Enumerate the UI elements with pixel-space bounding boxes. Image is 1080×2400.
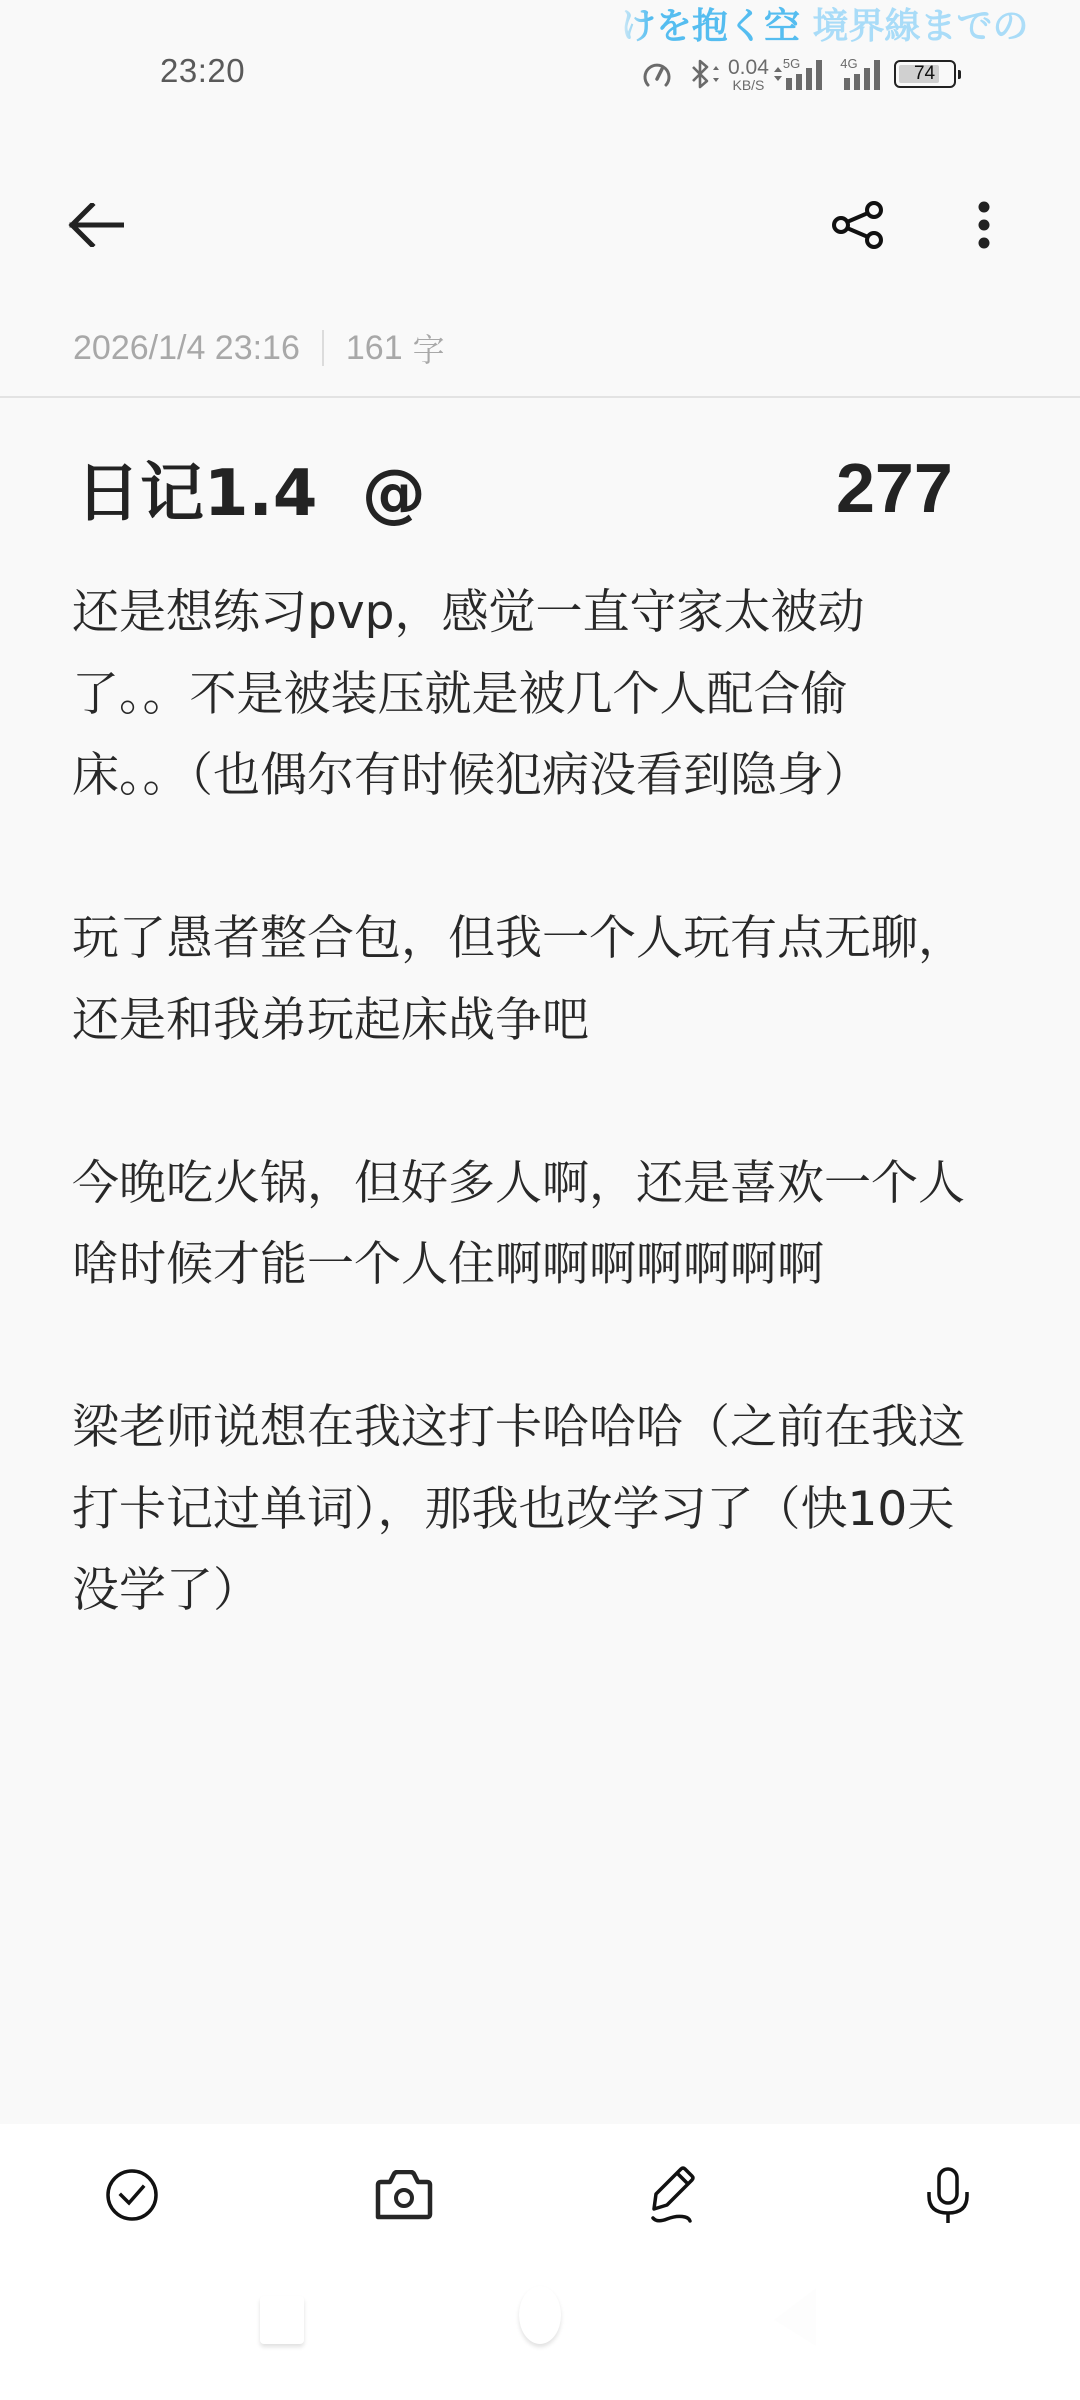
data-arrows-icon — [773, 63, 783, 85]
lyrics-sung: けを抱く空 — [620, 6, 800, 47]
body-line[interactable]: 啥时候才能一个人住啊啊啊啊啊啊啊 — [72, 1224, 1012, 1306]
back-button[interactable] — [56, 180, 136, 270]
recents-button[interactable] — [260, 2296, 304, 2344]
note-body[interactable]: 还是想练习pvp，感觉一直守家太被动 了。。不是被装压就是被几个人配合偷 床。。… — [72, 572, 1012, 1632]
signal-5g-icon — [784, 58, 822, 90]
note-title-text[interactable]: 日记1.4 @ — [76, 442, 426, 534]
home-button[interactable] — [519, 2286, 561, 2344]
body-line[interactable]: 没学了） — [72, 1550, 1012, 1632]
arrow-left-icon — [68, 203, 124, 247]
status-icons: 0.04 KB/S 5G 4G 74 — [640, 54, 1080, 94]
body-line[interactable] — [72, 817, 1012, 899]
check-circle-icon — [105, 2168, 159, 2222]
share-button[interactable] — [818, 180, 898, 270]
char-count: 161 — [346, 329, 403, 368]
note-meta: 2026/1/4 23:16 161 字 — [73, 326, 445, 370]
body-line[interactable]: 床。。（也偶尔有时候犯病没看到隐身） — [72, 735, 1012, 817]
voice-button[interactable] — [908, 2155, 988, 2235]
body-line[interactable]: 梁老师说想在我这打卡哈哈哈（之前在我这 — [72, 1387, 1012, 1469]
lyrics-unsung: 境界線までの — [800, 6, 1029, 47]
bluetooth-icon — [688, 57, 724, 91]
camera-icon — [375, 2170, 433, 2220]
bottom-toolbar — [0, 2124, 1080, 2274]
app-bar — [0, 180, 1080, 270]
system-nav-bar — [0, 2274, 1080, 2400]
microphone-icon — [926, 2166, 970, 2224]
camera-button[interactable] — [364, 2155, 444, 2235]
pencil-scribble-icon — [651, 2166, 701, 2224]
status-bar: 23:20 けを抱く空 境界線までの 0.04 KB/S 5G 4G 74 — [0, 0, 1080, 110]
battery-icon: 74 — [894, 60, 956, 88]
char-count-unit: 字 — [413, 325, 445, 371]
network-speed-unit: KB/S — [732, 78, 764, 92]
body-line[interactable]: 今晚吃火锅，但好多人啊，还是喜欢一个人 — [72, 1143, 1012, 1225]
status-time: 23:20 — [160, 52, 245, 90]
speedometer-icon — [640, 57, 674, 91]
body-line[interactable] — [72, 1306, 1012, 1388]
body-line[interactable]: 打卡记过单词），那我也改学习了（快10天 — [72, 1469, 1012, 1551]
note-title-number[interactable]: 277 — [836, 448, 953, 528]
more-button[interactable] — [944, 180, 1024, 270]
meta-separator — [322, 330, 324, 366]
note-datetime: 2026/1/4 23:16 — [73, 329, 300, 368]
share-icon — [831, 200, 885, 250]
more-vertical-icon — [977, 200, 991, 250]
network-speed-value: 0.04 — [728, 57, 769, 78]
body-line[interactable]: 还是和我弟玩起床战争吧 — [72, 980, 1012, 1062]
handwriting-button[interactable] — [636, 2155, 716, 2235]
lyrics-overlay: けを抱く空 境界線までの — [620, 4, 1080, 50]
checklist-button[interactable] — [92, 2155, 172, 2235]
network-speed: 0.04 KB/S — [728, 57, 769, 92]
body-line[interactable]: 了。。不是被装压就是被几个人配合偷 — [72, 654, 1012, 736]
battery-level: 74 — [914, 63, 935, 85]
back-nav-button[interactable] — [774, 2288, 816, 2346]
body-line[interactable] — [72, 1061, 1012, 1143]
signal-4g-icon — [842, 58, 880, 90]
header-divider — [0, 396, 1080, 398]
note-title[interactable]: 日记1.4 @ 277 — [76, 448, 976, 528]
body-line[interactable]: 还是想练习pvp，感觉一直守家太被动 — [72, 572, 1012, 654]
body-line[interactable]: 玩了愚者整合包，但我一个人玩有点无聊， — [72, 898, 1012, 980]
